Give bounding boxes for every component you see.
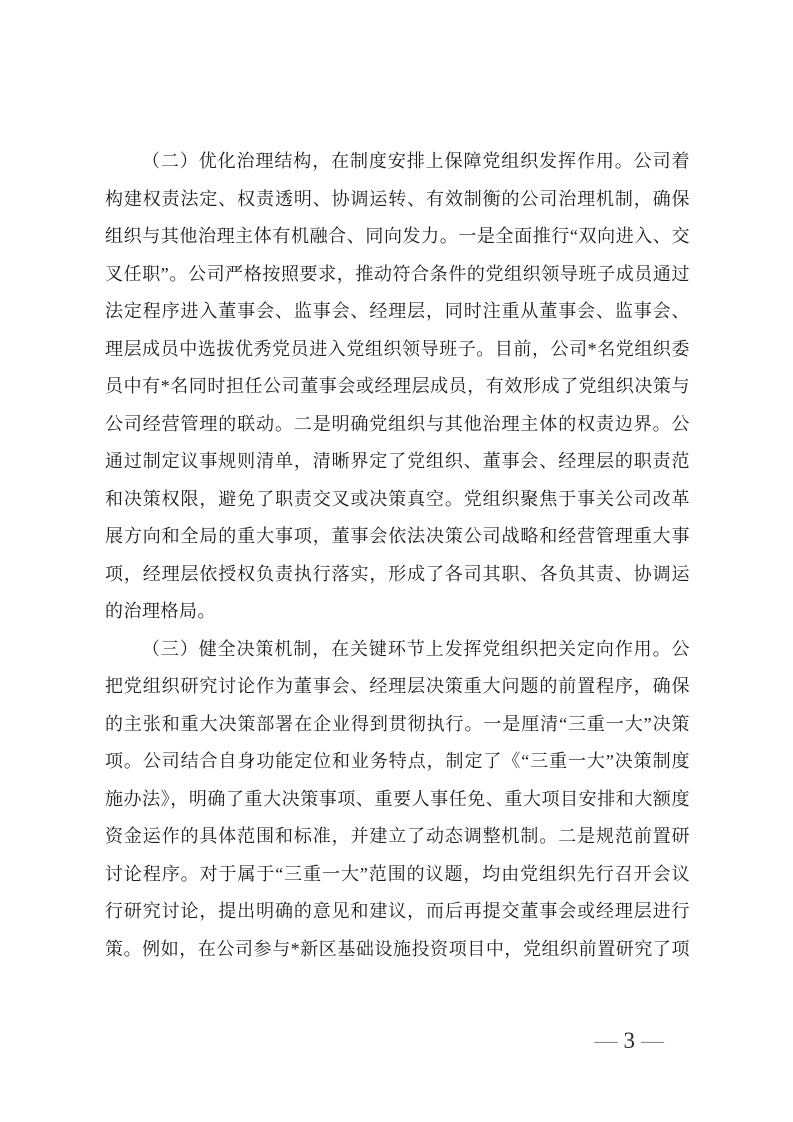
text-line: 讨论程序。对于属于“三重一大”范围的议题，均由党组织先行召开会议进 [105, 856, 690, 894]
text-line: 的治理格局。 [105, 593, 690, 631]
text-line: 把党组织研究讨论作为董事会、经理层决策重大问题的前置程序，确保党 [105, 668, 690, 706]
page-number: —3— [589, 1028, 671, 1054]
text-line: 和决策权限，避免了职责交叉或决策真空。党组织聚焦于事关公司改革发 [105, 481, 690, 519]
text-line: 叉任职”。公司严格按照要求，推动符合条件的党组织领导班子成员通过 [105, 256, 690, 294]
text-line: 员中有*名同时担任公司董事会或经理层成员，有效形成了党组织决策与 [105, 368, 690, 406]
text-line: 施办法》，明确了重大决策事项、重要人事任免、重大项目安排和大额度 [105, 781, 690, 819]
text-line: 通过制定议事规则清单，清晰界定了党组织、董事会、经理层的职责范围 [105, 443, 690, 481]
page-footer: —3— [0, 1028, 670, 1054]
text-line: 公司经营管理的联动。二是明确党组织与其他治理主体的权责边界。公司 [105, 406, 690, 444]
text-line: 的主张和重大决策部署在企业得到贯彻执行。一是厘清“三重一大”决策事 [105, 706, 690, 744]
text-line: （二）优化治理结构，在制度安排上保障党组织发挥作用。公司着力 [105, 143, 690, 181]
text-line: 项，经理层依授权负责执行落实，形成了各司其职、各负其责、协调运转 [105, 556, 690, 594]
text-line: 资金运作的具体范围和标准，并建立了动态调整机制。二是规范前置研究 [105, 818, 690, 856]
text-line: 展方向和全局的重大事项，董事会依法决策公司战略和经营管理重大事 [105, 518, 690, 556]
paragraph-section-3-decision-mechanism: （三）健全决策机制，在关键环节上发挥党组织把关定向作用。公司把党组织研究讨论作为… [105, 631, 690, 969]
text-line: 组织与其他治理主体有机融合、同向发力。一是全面推行“双向进入、交 [105, 218, 690, 256]
document-body: （二）优化治理结构，在制度安排上保障党组织发挥作用。公司着力构建权责法定、权责透… [105, 143, 690, 968]
page-number-left-dash: — [589, 1028, 624, 1053]
paragraph-section-2-governance-structure: （二）优化治理结构，在制度安排上保障党组织发挥作用。公司着力构建权责法定、权责透… [105, 143, 690, 631]
text-line: 法定程序进入董事会、监事会、经理层，同时注重从董事会、监事会、经 [105, 293, 690, 331]
text-line: 行研究讨论，提出明确的意见和建议，而后再提交董事会或经理层进行决 [105, 893, 690, 931]
text-line: 理层成员中选拔优秀党员进入党组织领导班子。目前，公司*名党组织委 [105, 331, 690, 369]
text-line: 策。例如，在公司参与*新区基础设施投资项目中，党组织前置研究了项 [105, 931, 690, 969]
document-page: （二）优化治理结构，在制度安排上保障党组织发挥作用。公司着力构建权责法定、权责透… [0, 0, 793, 1122]
page-number-value: 3 [624, 1028, 636, 1053]
text-line: 项。公司结合自身功能定位和业务特点，制定了《“三重一大”决策制度实 [105, 743, 690, 781]
text-line: （三）健全决策机制，在关键环节上发挥党组织把关定向作用。公司 [105, 631, 690, 669]
page-number-right-dash: — [635, 1028, 670, 1053]
text-line: 构建权责法定、权责透明、协调运转、有效制衡的公司治理机制，确保党 [105, 181, 690, 219]
